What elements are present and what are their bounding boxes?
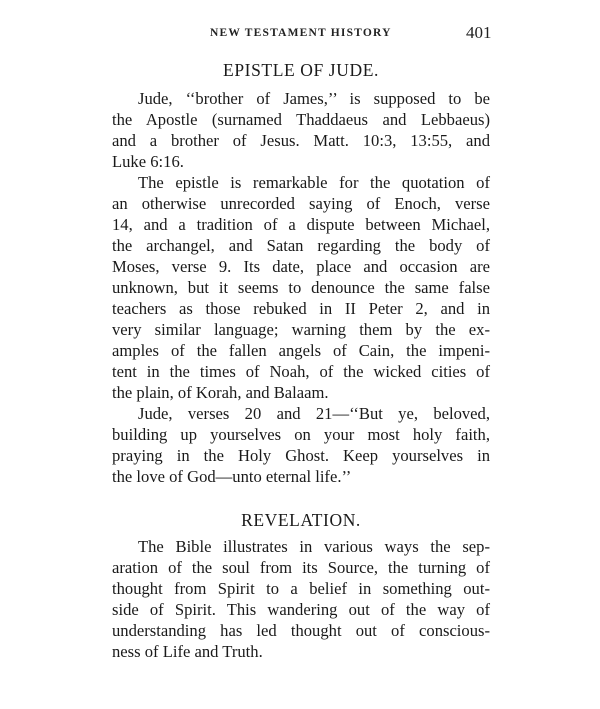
text-line: teachers as those rebuked in II Peter 2,… <box>112 298 490 319</box>
running-head: NEW TESTAMENT HISTORY 401 <box>0 23 600 43</box>
running-title: NEW TESTAMENT HISTORY <box>210 27 392 39</box>
text-line: aration of the soul from its Source, the… <box>112 557 490 578</box>
text-line: understanding has led thought out of con… <box>112 620 490 641</box>
text-line: an otherwise unrecorded saying of Enoch,… <box>112 193 490 214</box>
text-line: thought from Spirit to a belief in somet… <box>112 578 490 599</box>
text-line: ness of Life and Truth. <box>112 641 490 662</box>
text-column: EPISTLE OF JUDE. Jude, ‘‘brother of Jame… <box>112 58 490 662</box>
text-line: tent in the times of Noah, of the wicked… <box>112 361 490 382</box>
text-line: The epistle is remarkable for the quotat… <box>112 172 490 193</box>
text-line: the Apostle (surnamed Thaddaeus and Lebb… <box>112 109 490 130</box>
paragraph-jude-verses: Jude, verses 20 and 21—‘‘But ye, beloved… <box>112 403 490 487</box>
text-line: unknown, but it seems to denounce the sa… <box>112 277 490 298</box>
paragraph-jude-intro: Jude, ‘‘brother of James,’’ is supposed … <box>112 88 490 172</box>
paragraph-revelation-intro: The Bible illustrates in various ways th… <box>112 536 490 662</box>
text-line: Luke 6:16. <box>112 151 490 172</box>
text-line: Jude, ‘‘brother of James,’’ is supposed … <box>112 88 490 109</box>
text-line: building up yourselves on your most holy… <box>112 424 490 445</box>
text-line: 14, and a tradition of a dispute between… <box>112 214 490 235</box>
text-line: the archangel, and Satan regarding the b… <box>112 235 490 256</box>
text-line: the love of God—unto eternal life.’’ <box>112 466 490 487</box>
section-heading-revelation: REVELATION. <box>112 508 490 532</box>
text-line: praying in the Holy Ghost. Keep yourselv… <box>112 445 490 466</box>
text-line: and a brother of Jesus. Matt. 10:3, 13:5… <box>112 130 490 151</box>
text-line: Jude, verses 20 and 21—‘‘But ye, beloved… <box>112 403 490 424</box>
text-line: very similar language; warning them by t… <box>112 319 490 340</box>
page-number: 401 <box>466 23 492 43</box>
text-line: The Bible illustrates in various ways th… <box>112 536 490 557</box>
text-line: amples of the fallen angels of Cain, the… <box>112 340 490 361</box>
text-line: the plain, of Korah, and Balaam. <box>112 382 490 403</box>
section-heading-epistle-of-jude: EPISTLE OF JUDE. <box>112 58 490 82</box>
text-line: side of Spirit. This wandering out of th… <box>112 599 490 620</box>
paragraph-epistle-remarkable: The epistle is remarkable for the quotat… <box>112 172 490 403</box>
text-line: Moses, verse 9. Its date, place and occa… <box>112 256 490 277</box>
